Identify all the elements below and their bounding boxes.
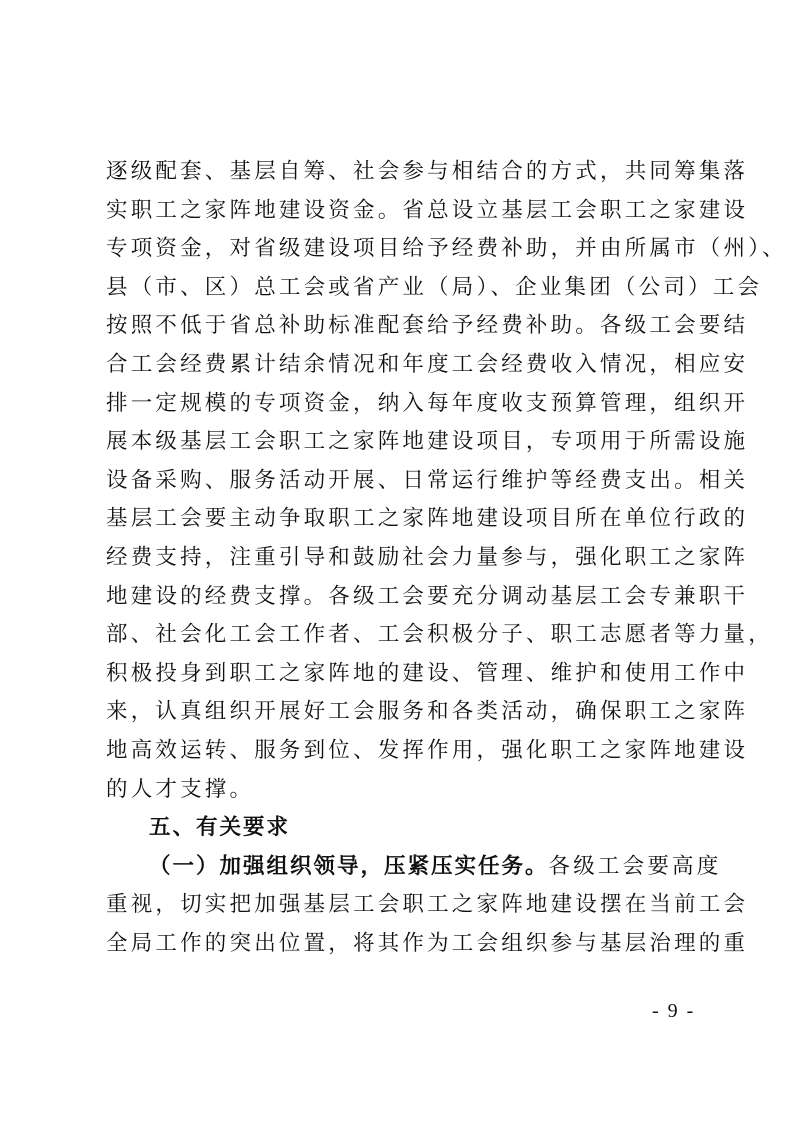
paragraph-line: 地高效运转、服务到位、发挥作用，强化职工之家阵地建设	[106, 732, 694, 771]
section-heading: 五、有关要求	[106, 809, 694, 848]
paragraph-line: 地建设的经费支撑。各级工会要充分调动基层工会专兼职干	[106, 578, 694, 617]
paragraph-line: 按照不低于省总补助标准配套给予经费补助。各级工会要结	[106, 307, 694, 346]
paragraph-line: 基层工会要主动争取职工之家阵地建设项目所在单位行政的	[106, 500, 694, 539]
paragraph-line: 的人才支撑。	[106, 771, 694, 810]
paragraph-line: 全局工作的突出位置，将其作为工会组织参与基层治理的重	[106, 925, 694, 964]
paragraph-line: 重视，切实把加强基层工会职工之家阵地建设摆在当前工会	[106, 886, 694, 925]
paragraph-line: 县（市、区）总工会或省产业（局）、企业集团（公司）工会	[106, 269, 694, 308]
paragraph-line: 专项资金，对省级建设项目给予经费补助，并由所属市（州）、	[106, 230, 694, 269]
paragraph-line: 逐级配套、基层自筹、社会参与相结合的方式，共同筹集落	[106, 153, 694, 192]
paragraph-line: 来，认真组织开展好工会服务和各类活动，确保职工之家阵	[106, 693, 694, 732]
paragraph-line: 实职工之家阵地建设资金。省总设立基层工会职工之家建设	[106, 192, 694, 231]
paragraph-line: 合工会经费累计结余情况和年度工会经费收入情况，相应安	[106, 346, 694, 385]
body-text: 逐级配套、基层自筹、社会参与相结合的方式，共同筹集落 实职工之家阵地建设资金。省…	[106, 153, 694, 963]
page-number: - 9 -	[652, 1000, 695, 1023]
paragraph-line: 排一定规模的专项资金，纳入每年度收支预算管理，组织开	[106, 385, 694, 424]
paragraph-line: 设备采购、服务活动开展、日常运行维护等经费支出。相关	[106, 462, 694, 501]
subsection-title: （一）加强组织领导，压紧压实任务。	[149, 854, 549, 879]
paragraph-line: 经费支持，注重引导和鼓励社会力量参与，强化职工之家阵	[106, 539, 694, 578]
paragraph-line: 积极投身到职工之家阵地的建设、管理、维护和使用工作中	[106, 655, 694, 694]
document-page: 逐级配套、基层自筹、社会参与相结合的方式，共同筹集落 实职工之家阵地建设资金。省…	[0, 0, 793, 1122]
paragraph-line: 部、社会化工会工作者、工会积极分子、职工志愿者等力量，	[106, 616, 694, 655]
paragraph-line: 展本级基层工会职工之家阵地建设项目，专项用于所需设施	[106, 423, 694, 462]
subsection-text: 各级工会要高度	[549, 854, 722, 879]
subsection-first-line: （一）加强组织领导，压紧压实任务。各级工会要高度	[106, 848, 694, 887]
